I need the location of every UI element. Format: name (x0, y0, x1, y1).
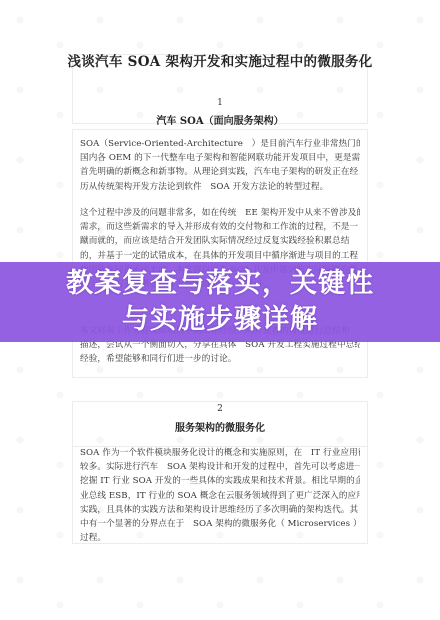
title-banner: 教案复查与落实，关键性 与实施步骤详解 (0, 262, 440, 342)
section-number: 2 (0, 404, 440, 414)
text-line: 较多。实际进行汽车 SOA 架构设计和开发的过程中，首先可以考虑进一步 (80, 460, 360, 474)
paragraph: SOA（Service-Oriented-Architecture ）是目前汽车… (80, 137, 360, 194)
text-line: SOA（Service-Oriented-Architecture ）是目前汽车… (80, 137, 360, 151)
text-line: 过程。 (80, 531, 360, 545)
text-line: 经验，希望能够和同行们进一步的讨论。 (80, 352, 360, 366)
text-line: 首先明确的新概念和新事物。从理论到实践，汽车电子架构的研发正在经 (80, 165, 360, 179)
text-line: 的，并基于一定的试错成本，在具体的开发项目中循序渐进与项目的工程 (80, 249, 360, 263)
banner-title-line-2: 与实施步骤详解 (122, 302, 318, 338)
text-line: 这个过程中涉及的问题非常多，如在传统 EE 架构开发中从来不曾涉及的新 (80, 206, 360, 220)
text-line: 国内各 OEM 的下一代整车电子架构和智能网联功能开发项目中，更是需要 (80, 151, 360, 165)
section-heading: 汽车 SOA（面向服务架构） (0, 112, 440, 127)
text-line: 实践，且具体的实践方法和架构设计思维经历了多次明确的架构迭代。其 (80, 503, 360, 517)
banner-title-line-1: 教案复查与落实，关键性 (66, 266, 374, 302)
text-line: 业总线 ESB，IT 行业的 SOA 概念在云服务领域得到了更广泛深入的应用 (80, 489, 360, 503)
text-line: SOA 作为一个软件模块服务化设计的概念和实施原则，在 IT 行业应用得比 (80, 446, 360, 460)
section-heading: 服务架构的微服务化 (0, 419, 440, 434)
text-line: 中有一个显著的分界点在于 SOA 架构的微服务化（ Microservices … (80, 517, 360, 531)
text-line: 历从传统架构开发方法论到软件 SOA 开发方法论的转型过程。 (80, 180, 360, 194)
document-title: 浅谈汽车 SOA 架构开发和实施过程中的微服务化 (0, 50, 440, 70)
text-line: 蹴而就的，而应该是结合开发团队实际情况经过反复实践经验积累总结 (80, 234, 360, 248)
paragraph: SOA 作为一个软件模块服务化设计的概念和实施原则，在 IT 行业应用得比 较多… (80, 446, 360, 545)
section-number: 1 (0, 98, 440, 108)
text-line: 需求，而这些新需求的导入并形成有效的交付物和工作流的过程，不是一 (80, 220, 360, 234)
text-line: 挖掘 IT 行业 SOA 开发的一些具体的实践成果和技术背景。相比早期的企 (80, 474, 360, 488)
